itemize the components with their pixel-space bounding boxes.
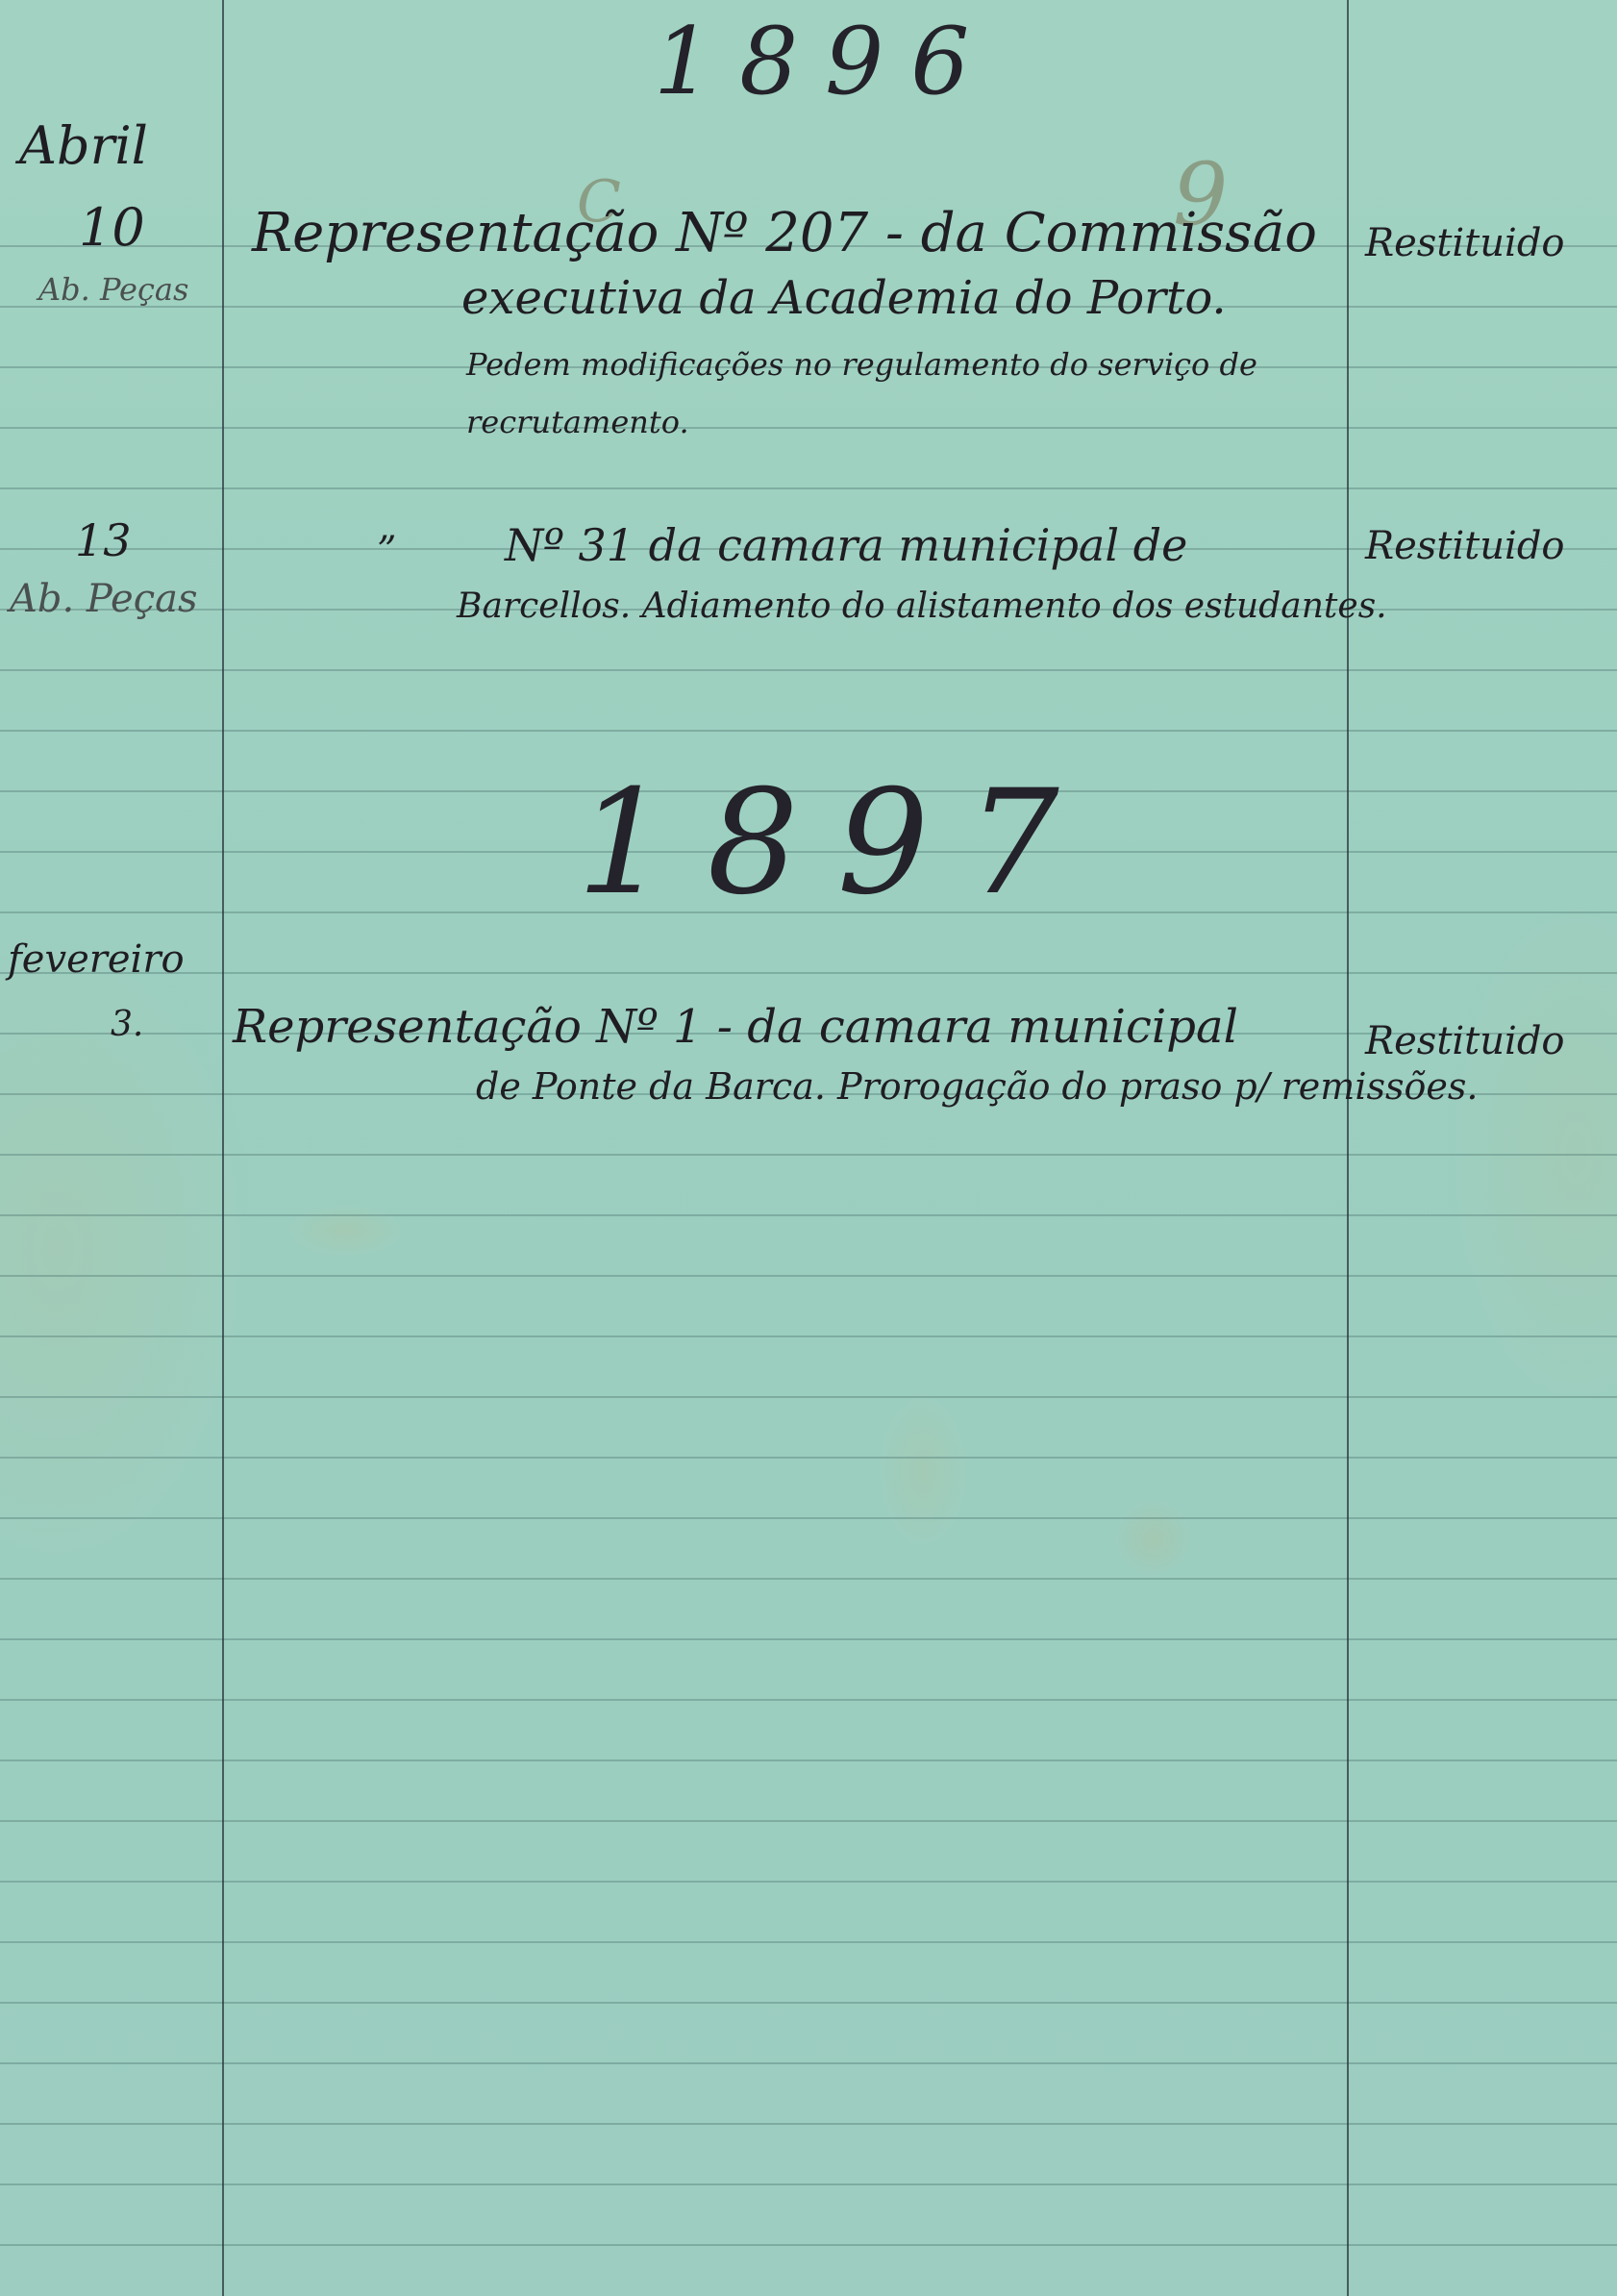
rule-line <box>0 1335 1617 1337</box>
entry-line: Barcellos. Adiamento do alistamento dos … <box>457 586 1387 626</box>
entry-month: Abril <box>19 115 148 176</box>
section-year-1897: 1897 <box>577 760 1098 927</box>
entry-status: Restituido <box>1365 1019 1565 1063</box>
entry-day: 3. <box>111 1005 143 1044</box>
rule-line <box>0 1275 1617 1277</box>
entry-day: 13 <box>75 514 132 566</box>
entry-line: Pedem modificações no regulamento do ser… <box>466 346 1257 383</box>
rule-line <box>0 1638 1617 1640</box>
rule-line <box>0 1699 1617 1701</box>
rule-line <box>0 2244 1617 2246</box>
rule-line <box>0 1457 1617 1459</box>
rule-line <box>0 1881 1617 1883</box>
rule-line <box>0 2002 1617 2004</box>
entry-month: fevereiro <box>8 937 185 982</box>
status-column-divider <box>1347 0 1349 2296</box>
entry-status: Restituido <box>1365 524 1565 568</box>
rule-line <box>0 2123 1617 2125</box>
rule-line <box>0 2062 1617 2064</box>
entry-line: recrutamento. <box>466 404 689 440</box>
date-column-divider <box>222 0 224 2296</box>
ledger-page: C 9 1896 Abril 10 Ab. Peças Representaçã… <box>0 0 1617 2296</box>
entry-line: de Ponte da Barca. Prorogação do praso p… <box>476 1065 1478 1108</box>
rule-line <box>0 427 1617 429</box>
rule-line <box>0 669 1617 671</box>
rule-line <box>0 1578 1617 1580</box>
rule-line <box>0 1517 1617 1519</box>
rule-line <box>0 972 1617 974</box>
rule-line <box>0 1941 1617 1943</box>
entry-day: 10 <box>79 197 145 258</box>
entry-title: Nº 31 da camara municipal de <box>505 519 1187 571</box>
ditto-mark: ” <box>377 529 396 573</box>
rule-line <box>0 1820 1617 1822</box>
entry-title: Representação Nº 207 - da Commissão <box>252 202 1317 264</box>
rule-line <box>0 1396 1617 1398</box>
entry-note: Ab. Peças <box>38 271 188 308</box>
rule-line <box>0 1759 1617 1761</box>
entry-note: Ab. Peças <box>10 577 198 621</box>
entry-status: Restituido <box>1365 221 1565 265</box>
entry-title: Representação Nº 1 - da camara municipal <box>233 1000 1238 1054</box>
rule-line <box>0 2184 1617 2185</box>
rule-line <box>0 1154 1617 1156</box>
rule-line <box>0 1214 1617 1216</box>
section-year-1896: 1896 <box>654 8 996 115</box>
rule-line <box>0 730 1617 732</box>
rule-line <box>0 487 1617 489</box>
entry-line: executiva da Academia do Porto. <box>461 271 1227 325</box>
